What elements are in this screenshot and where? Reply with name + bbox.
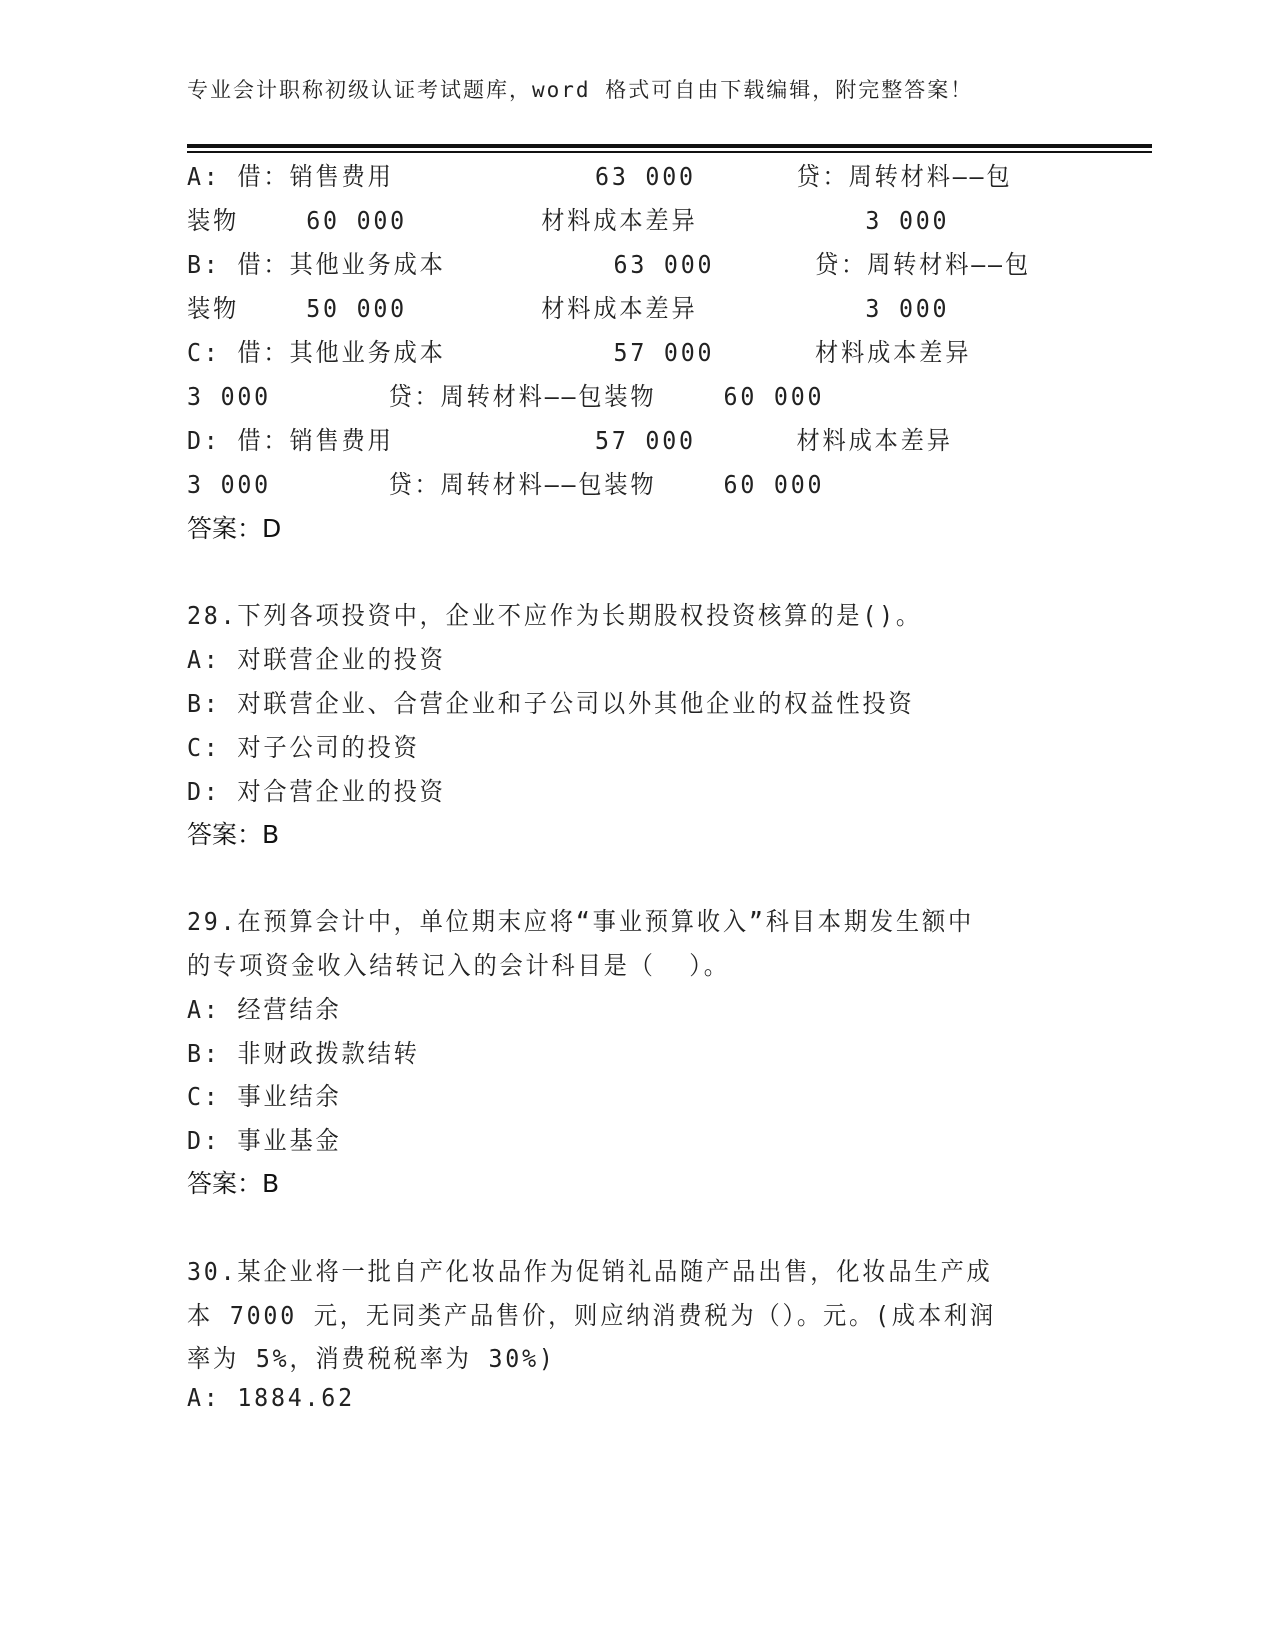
q27-line: 装物 50 000 材料成本差异 3 000 — [187, 289, 949, 325]
q28-question: 28.下列各项投资中，企业不应作为长期股权投资核算的是()。 — [187, 596, 922, 632]
q28-answer: 答案：B — [187, 815, 279, 851]
q27-line: 装物 60 000 材料成本差异 3 000 — [187, 201, 949, 237]
q28-option-b: B: 对联营企业、合营企业和子公司以外其他企业的权益性投资 — [187, 684, 914, 720]
q29-option-c: C: 事业结余 — [187, 1077, 342, 1113]
q27-line: B: 借：其他业务成本 63 000 贷：周转材料——包 — [187, 245, 1031, 281]
q28-option-a: A: 对联营企业的投资 — [187, 640, 446, 676]
q28-option-c: C: 对子公司的投资 — [187, 728, 420, 764]
q29-question-line: 29.在预算会计中，单位期末应将“事业预算收入”科目本期发生额中 — [187, 902, 974, 938]
page-header: 专业会计职称初级认证考试题库，word 格式可自由下载编辑，附完整答案！ — [187, 74, 973, 104]
q29-option-d: D: 事业基金 — [187, 1121, 342, 1157]
q29-question-line: 的专项资金收入结转记入的会计科目是（ ）。 — [187, 946, 730, 982]
q30-question-line: 本 7000 元，无同类产品售价，则应纳消费税为（）。元。(成本利润 — [187, 1296, 996, 1332]
q30-question-line: 率为 5%，消费税税率为 30%) — [187, 1339, 556, 1375]
header-rule-thin — [187, 151, 1152, 153]
q27-line: C: 借：其他业务成本 57 000 材料成本差异 — [187, 333, 971, 369]
header-rule-thick — [187, 144, 1152, 148]
q30-option-a: A: 1884.62 — [187, 1383, 355, 1412]
q27-line: A: 借：销售费用 63 000 贷：周转材料——包 — [187, 157, 1012, 193]
q30-question-line: 30.某企业将一批自产化妆品作为促销礼品随产品出售，化妆品生产成 — [187, 1252, 993, 1288]
q27-line: 3 000 贷：周转材料——包装物 60 000 — [187, 465, 824, 501]
q27-line: 3 000 贷：周转材料——包装物 60 000 — [187, 377, 824, 413]
q29-option-a: A: 经营结余 — [187, 990, 342, 1026]
q27-answer: 答案：D — [187, 509, 281, 545]
q27-line: D: 借：销售费用 57 000 材料成本差异 — [187, 421, 953, 457]
q29-answer: 答案：B — [187, 1164, 279, 1200]
q29-option-b: B: 非财政拨款结转 — [187, 1034, 420, 1070]
q28-option-d: D: 对合营企业的投资 — [187, 772, 446, 808]
